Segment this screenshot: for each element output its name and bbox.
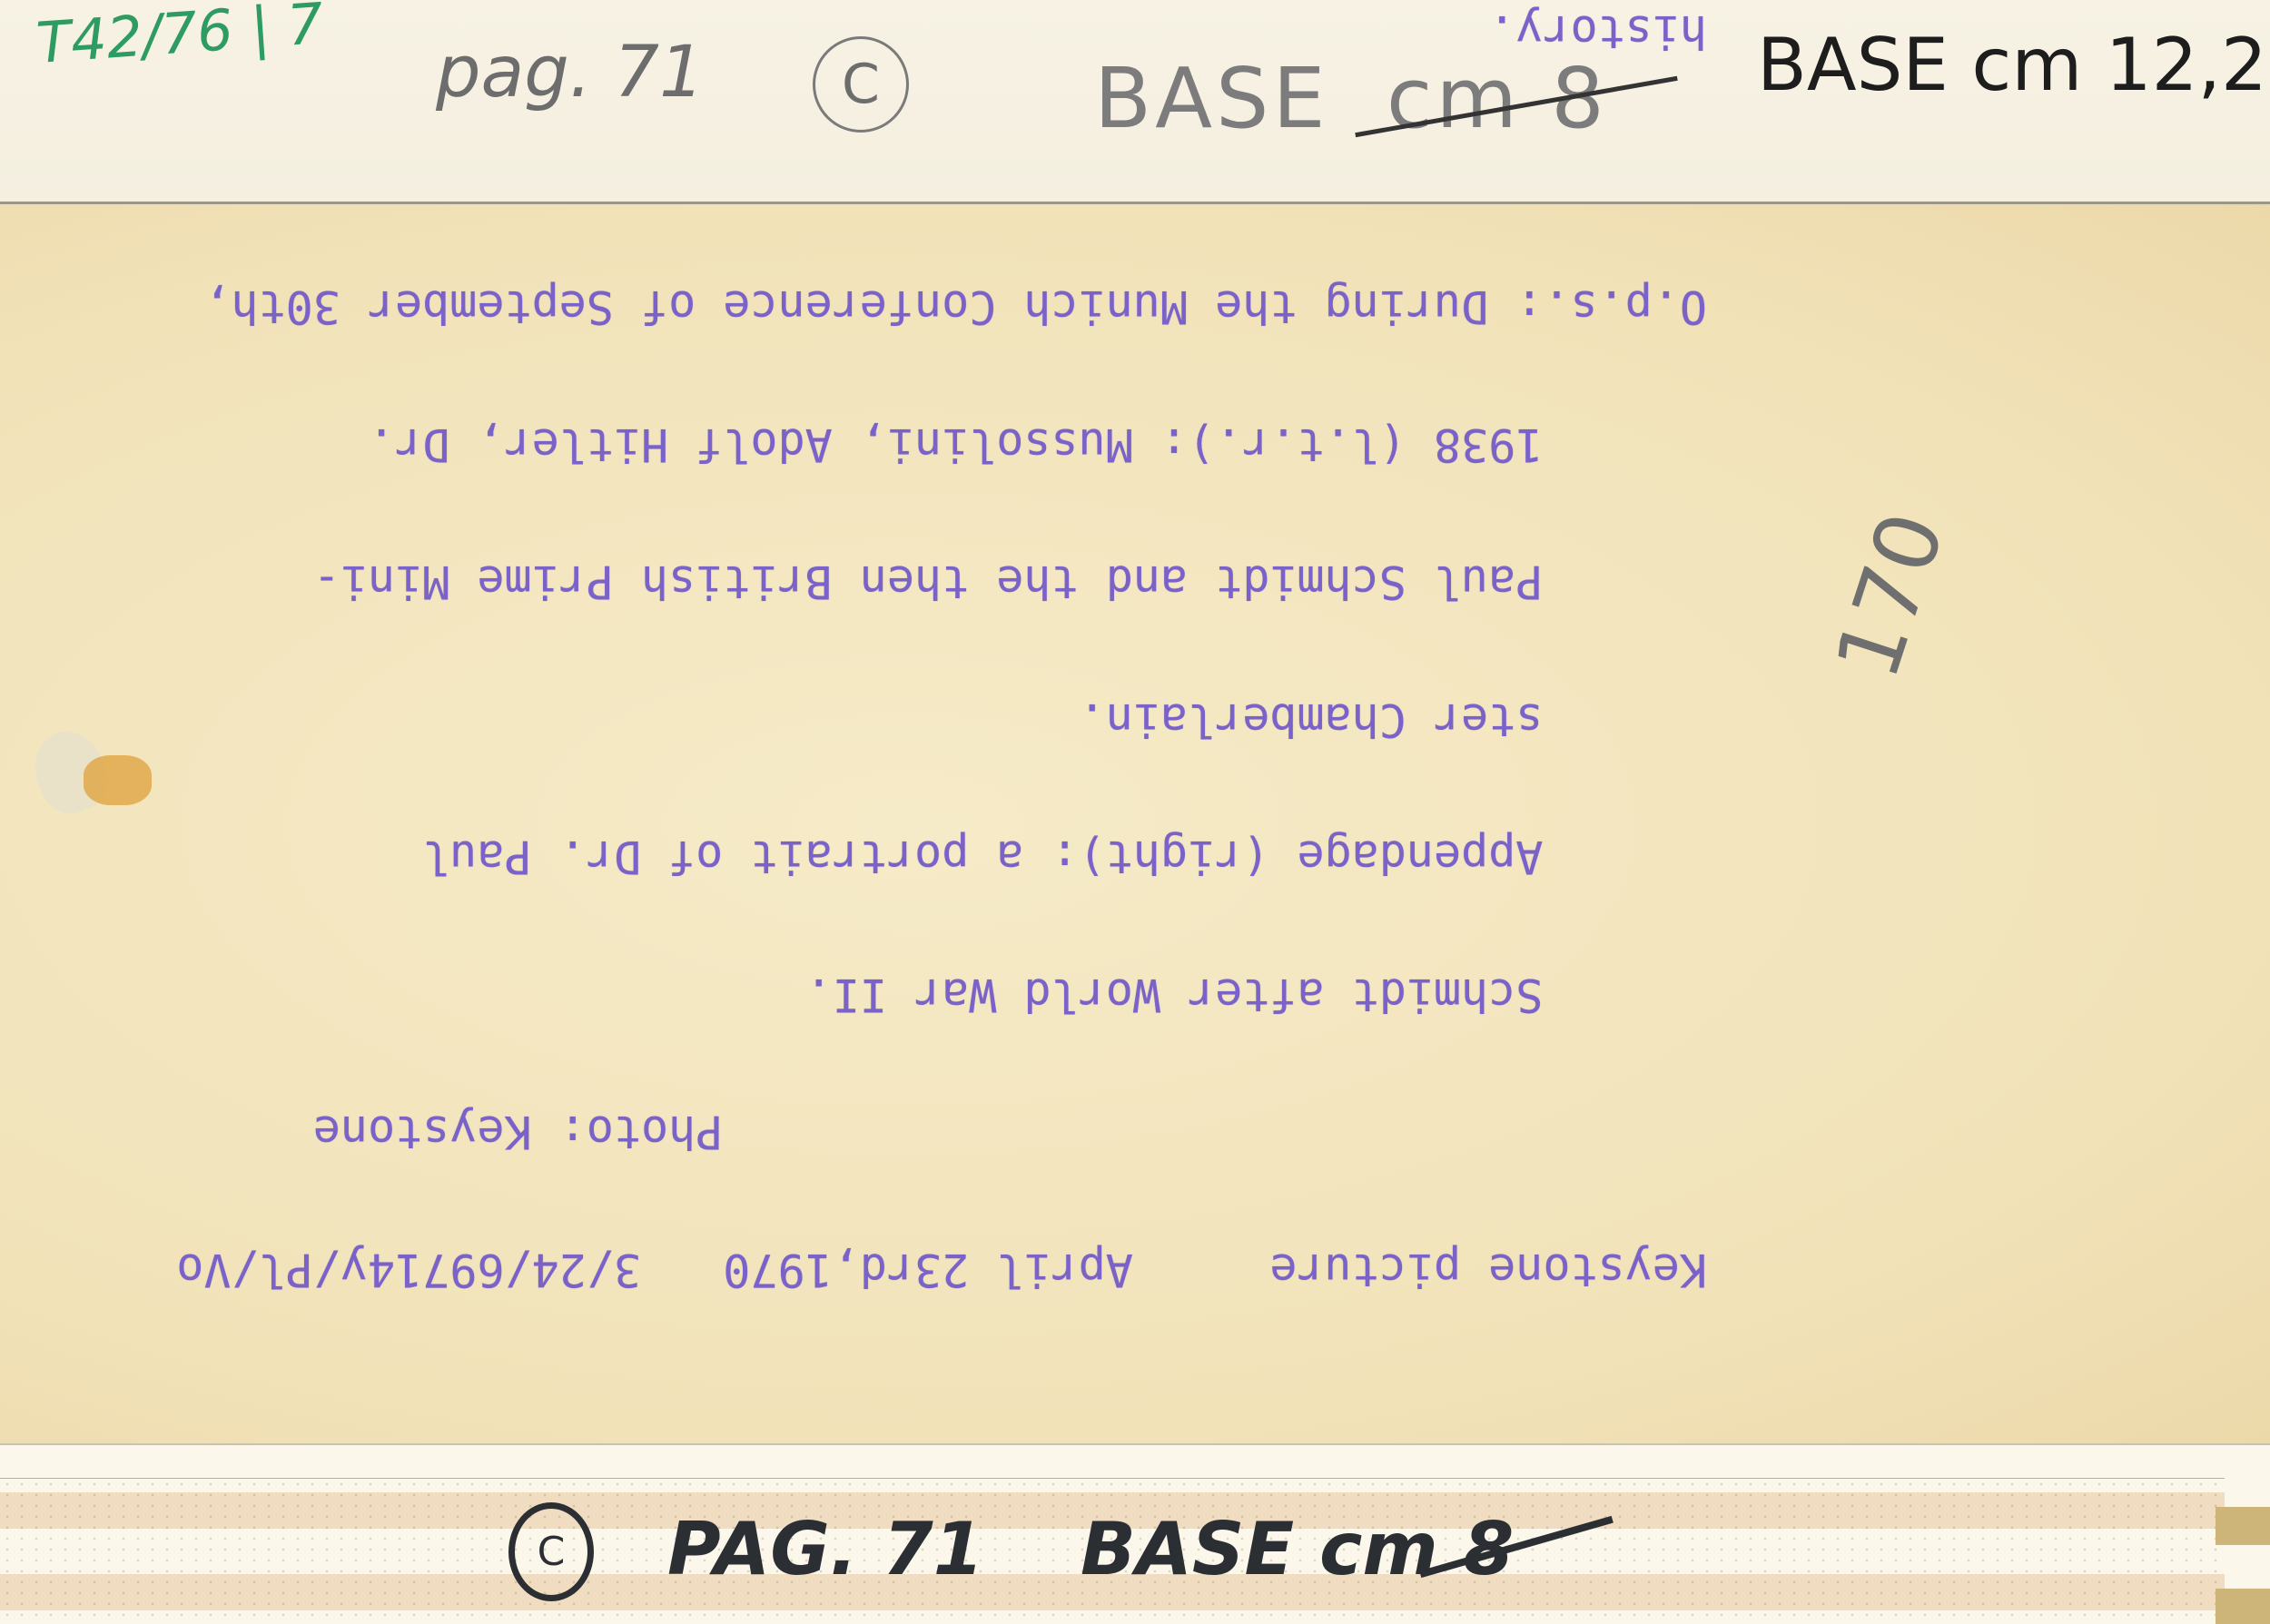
caption-line: O.p.s.: During the Munich Conference of … — [163, 284, 1707, 330]
caption-line: Schmidt after World War II. — [163, 972, 1707, 1019]
marker-copyright-circle-icon: C — [508, 1502, 594, 1601]
caption-line: ster Chamberlain. — [163, 697, 1707, 743]
caption-line — [163, 147, 1707, 193]
tape-piece — [2216, 1507, 2270, 1545]
caption-line: Paul Schmidt and the then British Prime … — [163, 559, 1707, 605]
tape-piece — [2216, 1589, 2270, 1624]
caption-line: Appendage (right): a portrait of Dr. Pau… — [163, 834, 1707, 881]
typed-caption-upside-down: Keystone picture April 23rd,1970 3/24/69… — [163, 241, 1707, 1384]
caption-line: history. — [163, 9, 1707, 55]
caption-line: Keystone picture April 23rd,1970 3/24/69… — [163, 1247, 1707, 1294]
marker-page-note: PAG. 71 — [667, 1507, 983, 1591]
caption-line: 1938 (l.t.r.): Mussolini, Adolf Hitler, … — [163, 422, 1707, 468]
ink-base-note: BASE cm 12,2 — [1757, 23, 2267, 107]
marker-base-note: BASE cm 8 — [1081, 1507, 1514, 1591]
caption-line: Photo: Keystone — [163, 1109, 1707, 1156]
glue-stain-mark — [84, 755, 152, 805]
